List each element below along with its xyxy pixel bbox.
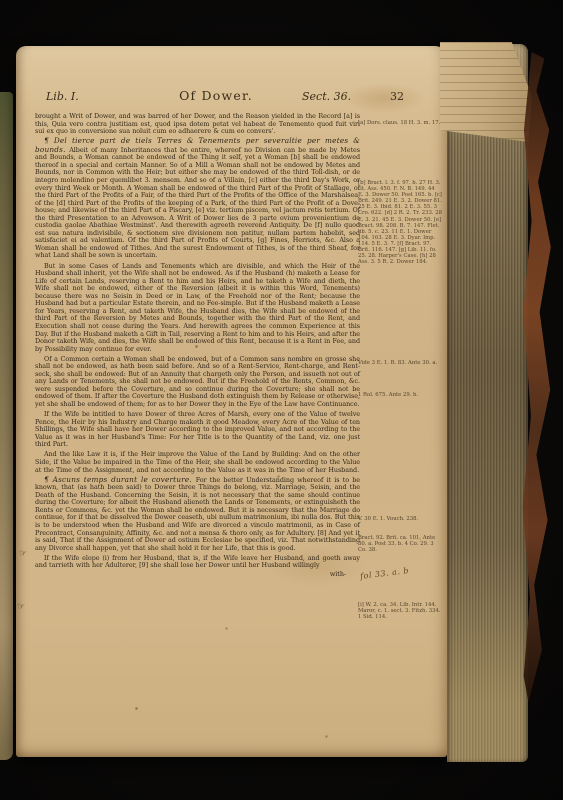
- paragraph-body: Albeit of many Inheritances that be enti…: [35, 146, 360, 260]
- paragraph: And the like Law it is, if the Heir impr…: [35, 450, 360, 474]
- paragraph-body: If the Wife be intitled to have Dower of…: [35, 410, 360, 448]
- manicule-icon: ☞: [17, 602, 25, 612]
- main-text-column: brought a Writ of Dower, and was barred …: [35, 112, 360, 579]
- catchword: with-: [35, 571, 360, 579]
- paragraph-body: brought a Writ of Dower, and was barred …: [35, 112, 360, 135]
- margin-note: 1 Rol. 675. Ante 29. b.: [358, 392, 442, 398]
- running-header: Lib. I. Of Dower. Sect. 36. 32: [16, 88, 447, 106]
- running-header-book: Lib. I.: [46, 90, 79, 103]
- page-number: 32: [390, 90, 404, 103]
- paragraph: But in some Cases of Lands and Tenements…: [35, 262, 360, 354]
- paragraph-body: If the Wife elope (i) from her Husband, …: [35, 554, 360, 570]
- paragraph: ¶ Del tierce part de tiels Terres & Tene…: [35, 137, 360, 260]
- paragraph: If the Wife elope (i) from her Husband, …: [35, 554, 360, 570]
- paragraph: brought a Writ of Dower, and was barred …: [35, 112, 360, 136]
- fore-edge-bottom-flare: [440, 676, 548, 764]
- paragraph: ¶ Ascuns temps durant le coverture.For t…: [35, 476, 360, 552]
- book-fore-edge-pages: [447, 44, 528, 762]
- paragraph: Of a Common certain a Woman shall be end…: [35, 355, 360, 409]
- paragraph-body: For the better Understanding whereof it …: [35, 476, 360, 552]
- handwritten-annotation: fol 33. a. b: [360, 566, 410, 581]
- margin-note: [b] Bract. l. 3. f. 97. b. 27 H. 3. tit.…: [358, 180, 442, 265]
- paper-specks: [16, 46, 17, 47]
- margin-note: Vide 3 E. 1. B. 83. Ante 30. a.: [358, 360, 442, 366]
- margin-note: V. 30 E. 1. Vouch. 238.: [358, 516, 442, 522]
- running-header-title: Of Dower.: [156, 88, 276, 103]
- left-book-cover-edge: [0, 92, 13, 760]
- paragraph-body: Of a Common certain a Woman shall be end…: [35, 355, 360, 408]
- paragraph-body: But in some Cases of Lands and Tenements…: [35, 262, 360, 353]
- paragraph: If the Wife be intitled to have Dower of…: [35, 410, 360, 449]
- paragraph-body: And the like Law it is, if the Heir impr…: [35, 450, 360, 473]
- book-page: Lib. I. Of Dower. Sect. 36. 32 brought a…: [16, 46, 447, 757]
- margin-note: [i] W. 2. ca. 34. Lib. Intr. 144. Maror,…: [358, 602, 442, 620]
- margin-note: Bract. 92. Brit. ca. 101, Ante 30. a. Po…: [358, 535, 442, 553]
- margin-note: [a] Dors. claus. 18 H. 3. m. 17.: [358, 120, 442, 126]
- manicule-icon: ☞: [19, 549, 27, 559]
- running-header-section: Sect. 36.: [302, 90, 351, 103]
- photo-background: Lib. I. Of Dower. Sect. 36. 32 brought a…: [0, 0, 563, 800]
